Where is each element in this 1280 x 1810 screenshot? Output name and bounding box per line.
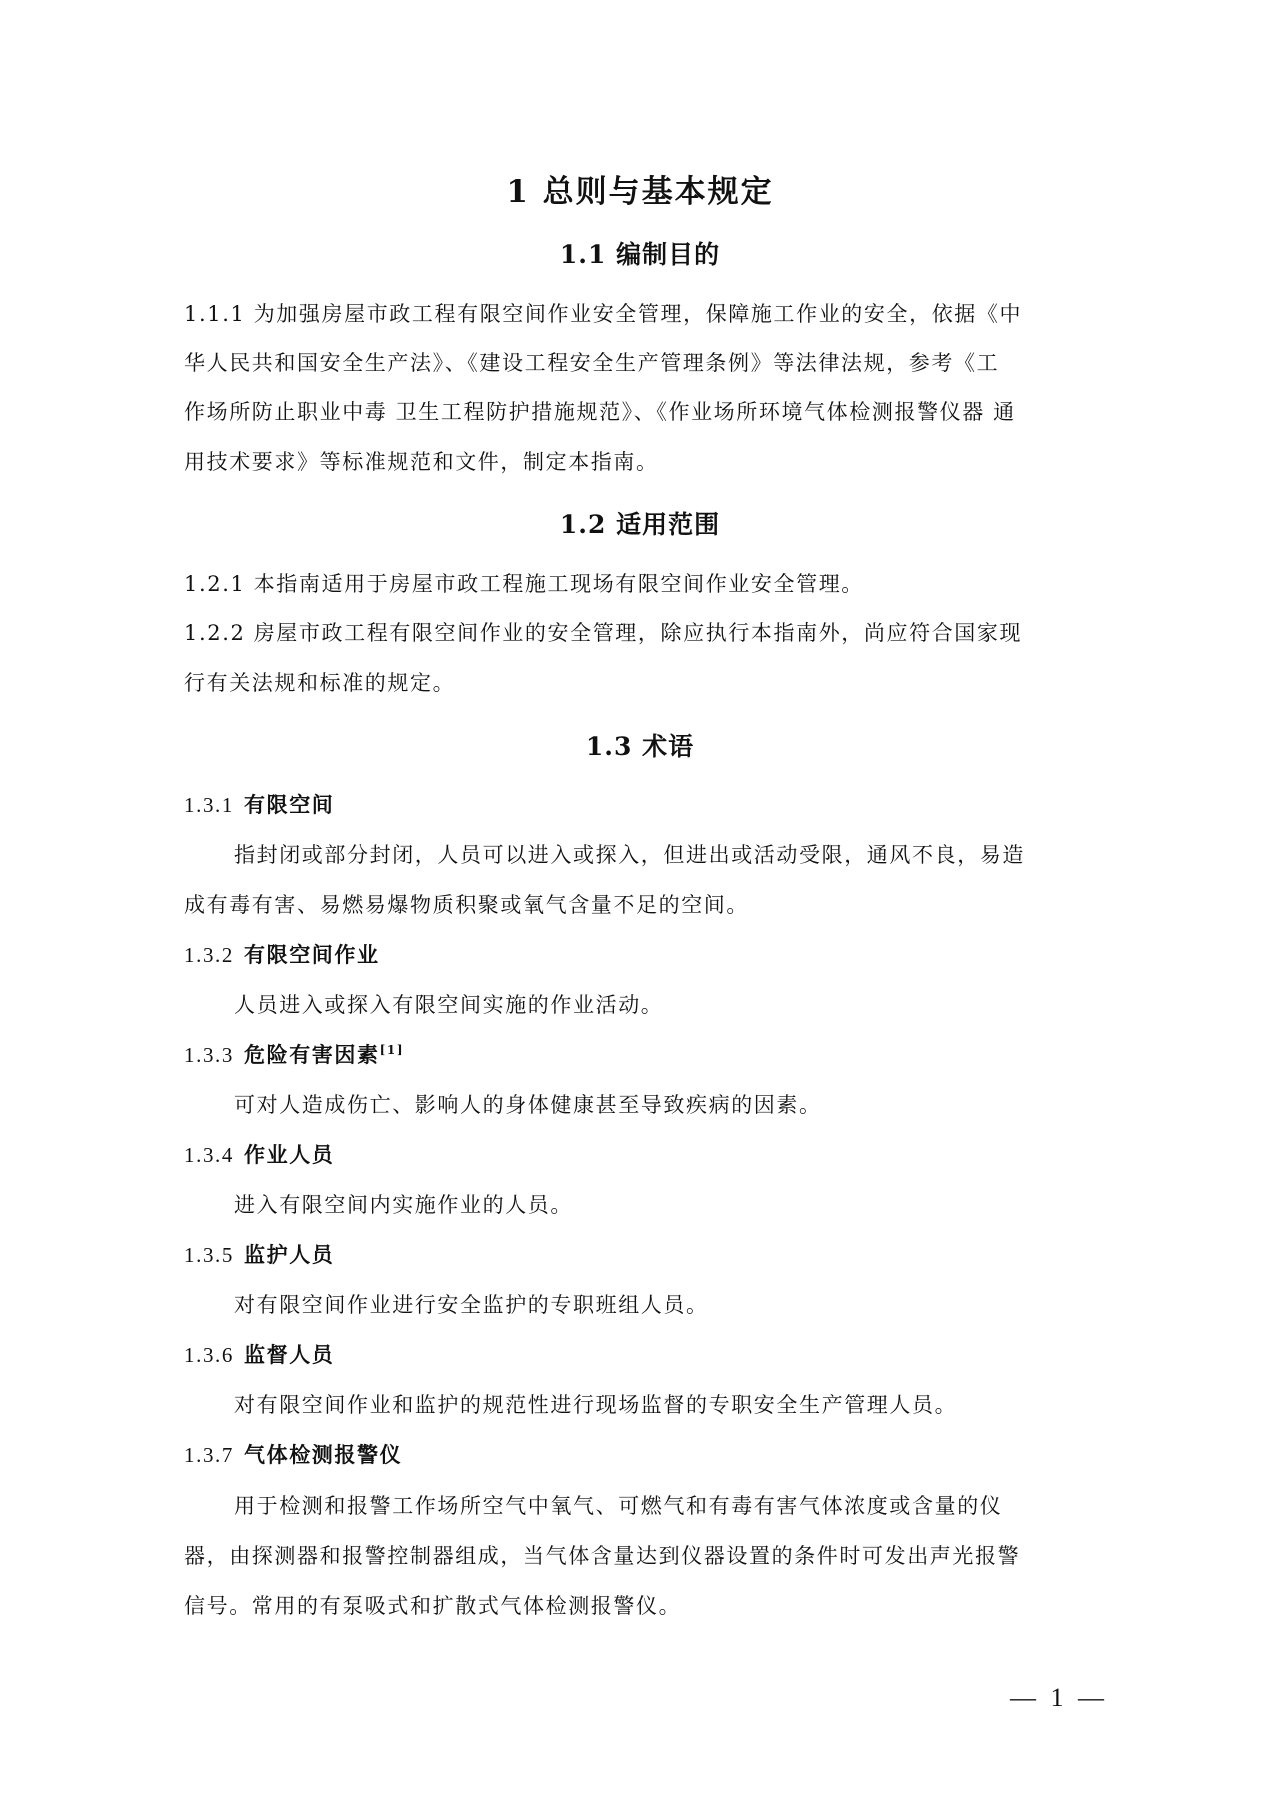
- term-name: 作业人员: [244, 1142, 334, 1167]
- term-definition-line: 对有限空间作业和监护的规范性进行现场监督的专职安全生产管理人员。: [234, 1389, 1174, 1419]
- term-heading-1-3-2: 1.3.2有限空间作业: [184, 939, 1124, 969]
- section-heading-1-1: 1.1 编制目的: [0, 235, 1280, 271]
- term-name: 有限空间作业: [244, 942, 380, 967]
- term-definition-line: 信号。常用的有泵吸式和扩散式气体检测报警仪。: [184, 1590, 1124, 1620]
- term-definition-line: 对有限空间作业进行安全监护的专职班组人员。: [234, 1289, 1174, 1319]
- term-name: 有限空间: [244, 792, 334, 817]
- term-number: 1.3.5: [184, 1243, 234, 1267]
- term-heading-1-3-7: 1.3.7气体检测报警仪: [184, 1439, 1124, 1469]
- paragraph-line: 1.2.2 房屋市政工程有限空间作业的安全管理，除应执行本指南外，尚应符合国家现: [184, 617, 1124, 647]
- paragraph-line: 1.2.1 本指南适用于房屋市政工程施工现场有限空间作业安全管理。: [184, 568, 1124, 598]
- term-number: 1.3.1: [184, 793, 234, 817]
- term-definition-line: 进入有限空间内实施作业的人员。: [234, 1189, 1174, 1219]
- term-heading-1-3-3: 1.3.3危险有害因素[1]: [184, 1039, 1124, 1069]
- term-heading-1-3-5: 1.3.5监护人员: [184, 1239, 1124, 1269]
- term-name: 监督人员: [244, 1342, 334, 1367]
- section-heading-1-3: 1.3 术语: [0, 727, 1280, 763]
- paragraph-line: 用技术要求》等标准规范和文件，制定本指南。: [184, 446, 1124, 476]
- paragraph-line: 行有关法规和标准的规定。: [184, 667, 1124, 697]
- term-heading-1-3-6: 1.3.6监督人员: [184, 1339, 1124, 1369]
- footnote-reference[interactable]: [1]: [380, 1043, 405, 1057]
- term-number: 1.3.3: [184, 1043, 234, 1067]
- term-number: 1.3.6: [184, 1343, 234, 1367]
- document-page: 1 总则与基本规定 1.1 编制目的 1.1.1 为加强房屋市政工程有限空间作业…: [0, 0, 1280, 1810]
- term-name: 气体检测报警仪: [244, 1442, 402, 1467]
- term-definition-line: 可对人造成伤亡、影响人的身体健康甚至导致疾病的因素。: [234, 1089, 1174, 1119]
- paragraph-line: 1.1.1 为加强房屋市政工程有限空间作业安全管理，保障施工作业的安全，依据《中: [184, 298, 1124, 328]
- chapter-title: 1 总则与基本规定: [0, 166, 1280, 211]
- paragraph-line: 作场所防止职业中毒 卫生工程防护措施规范》、《作业场所环境气体检测报警仪器 通: [184, 396, 1124, 426]
- term-definition-line: 成有毒有害、易燃易爆物质积聚或氧气含量不足的空间。: [184, 889, 1124, 919]
- term-definition-line: 指封闭或部分封闭，人员可以进入或探入，但进出或活动受限，通风不良，易造: [234, 839, 1174, 869]
- term-name: 危险有害因素: [244, 1042, 380, 1067]
- term-number: 1.3.2: [184, 943, 234, 967]
- section-heading-1-2: 1.2 适用范围: [0, 505, 1280, 541]
- term-definition-line: 人员进入或探入有限空间实施的作业活动。: [234, 989, 1174, 1019]
- paragraph-line: 华人民共和国安全生产法》、《建设工程安全生产管理条例》等法律法规，参考《工: [184, 347, 1124, 377]
- term-number: 1.3.4: [184, 1143, 234, 1167]
- term-definition-line: 器，由探测器和报警控制器组成，当气体含量达到仪器设置的条件时可发出声光报警: [184, 1540, 1124, 1570]
- term-heading-1-3-4: 1.3.4作业人员: [184, 1139, 1124, 1169]
- page-number: — 1 —: [1010, 1683, 1108, 1713]
- term-definition-line: 用于检测和报警工作场所空气中氧气、可燃气和有毒有害气体浓度或含量的仪: [234, 1490, 1174, 1520]
- term-number: 1.3.7: [184, 1443, 234, 1467]
- term-name: 监护人员: [244, 1242, 334, 1267]
- term-heading-1-3-1: 1.3.1有限空间: [184, 789, 1124, 819]
